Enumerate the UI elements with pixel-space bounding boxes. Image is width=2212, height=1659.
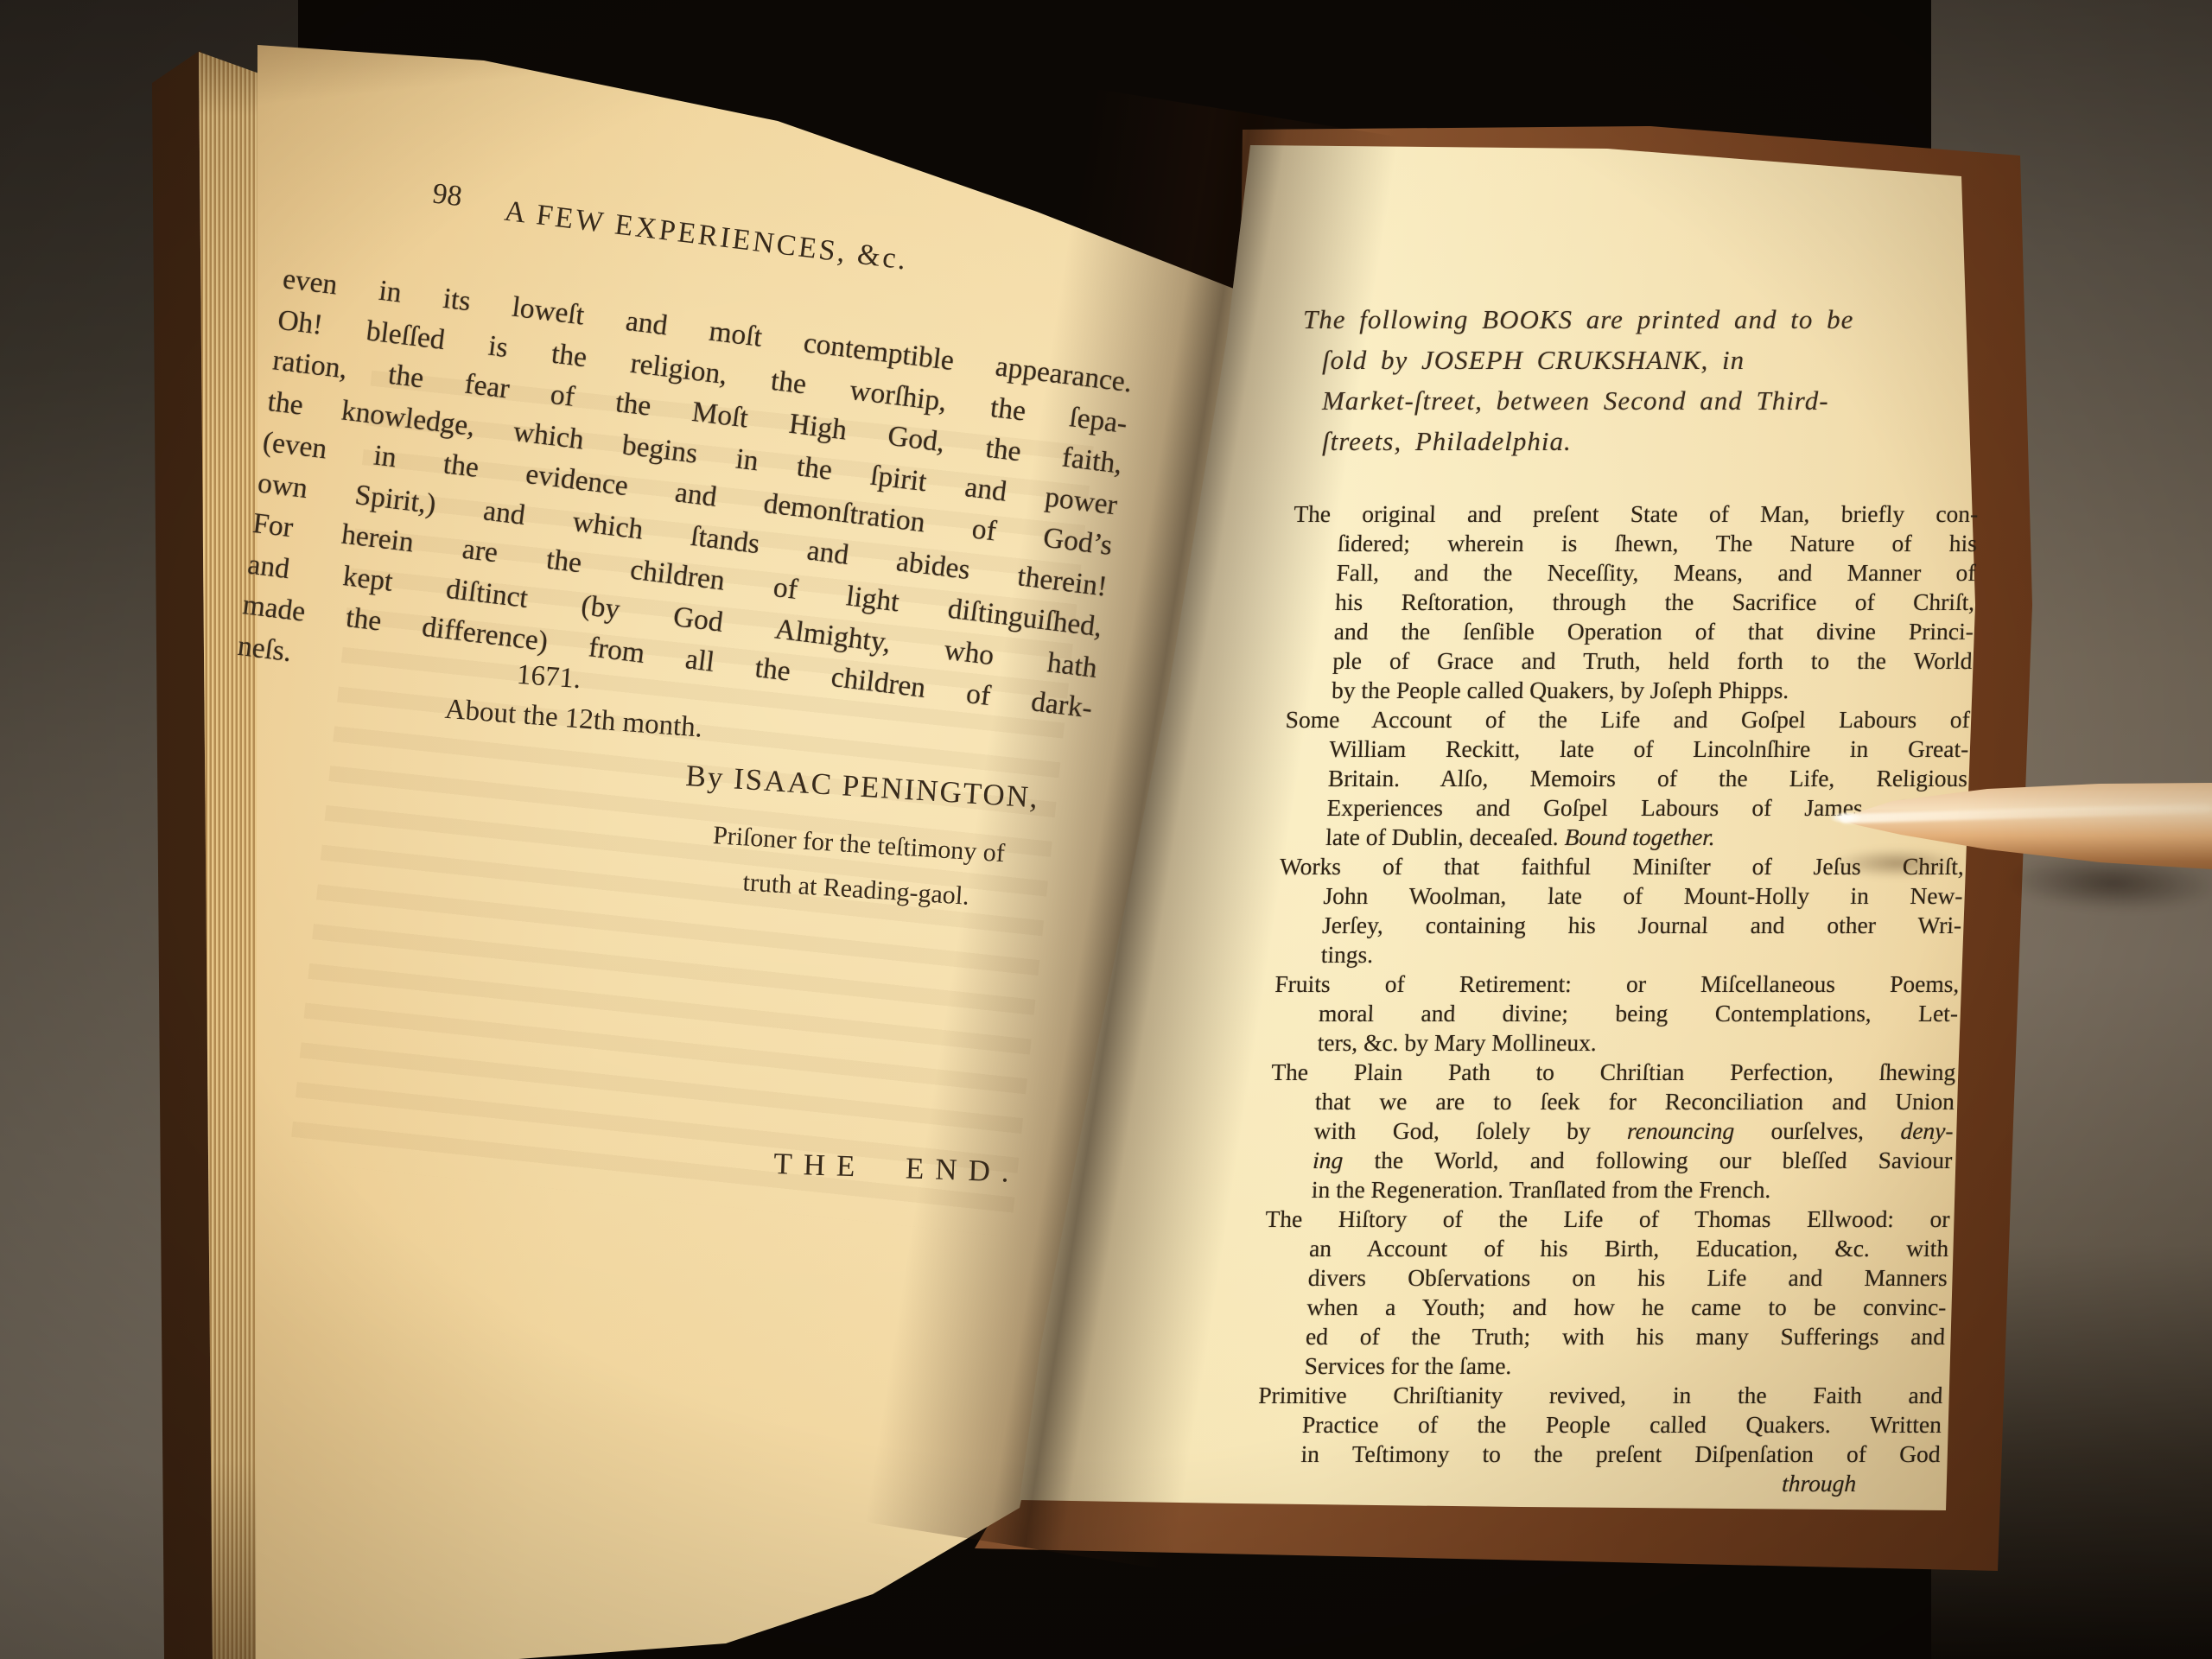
text-line: ple of Grace and Truth, held forth to th… [1287, 646, 1973, 676]
text-line: late of Dublin, deceaſed. Bound together… [1281, 823, 1966, 852]
text-line: ters, &c. by Mary Mollineux. [1272, 1028, 1957, 1058]
book-list-lines: The original and preſent State of Man, b… [1255, 499, 1979, 1469]
text-line: divers Obſervations on his Life and Mann… [1262, 1263, 1948, 1293]
text-line: Some Account of the Life and Goſpel Labo… [1285, 705, 1970, 734]
text-line: his Reſtoration, through the Sacrifice o… [1290, 588, 1975, 617]
text-line: The original and preſent State of Man, b… [1294, 499, 1979, 529]
catchword: through [1255, 1469, 1940, 1498]
text-line: ing the World, and following our bleſſed… [1268, 1146, 1953, 1175]
photo-canvas: 98 A FEW EXPERIENCES, &c. even in its lo… [0, 0, 2212, 1659]
text-line: Britain. Alſo, Memoirs of the Life, Reli… [1282, 764, 1967, 793]
text-line: Jerſey, containing his Journal and other… [1277, 911, 1962, 940]
text-line: Primitive Chriſtianity revived, in the F… [1258, 1381, 1943, 1410]
letter-opener-tip-glint [1830, 812, 1861, 823]
text-line: in the Regeneration. Tranſlated from the… [1266, 1175, 1951, 1205]
text-line: ſtreets, Philadelphia. [1303, 421, 1986, 461]
text-line: ſold by JOSEPH CRUKSHANK, in [1303, 340, 1986, 380]
text-line: in Teſtimony to the preſent Diſpenſation… [1255, 1440, 1941, 1469]
text-line: when a Youth; and how he came to be conv… [1262, 1293, 1947, 1322]
book-list: The original and preſent State of Man, b… [1255, 499, 1979, 1498]
page-number: 98 [430, 177, 463, 213]
text-line: an Account of his Birth, Education, &c. … [1263, 1234, 1948, 1263]
text-line: moral and divine; being Contemplations, … [1273, 999, 1958, 1028]
text-line: The Plain Path to Chriſtian Perfection, … [1271, 1058, 1956, 1087]
text-line: with God, ſolely by renouncing ourſelves… [1268, 1116, 1954, 1146]
text-line: The following BOOKS are printed and to b… [1303, 299, 1986, 340]
text-line: William Reckitt, late of Lincolnſhire in… [1284, 734, 1969, 764]
text-line: Fall, and the Neceſſity, Means, and Mann… [1291, 558, 1976, 588]
text-line: tings. [1275, 940, 1961, 969]
bookseller-imprint: The following BOOKS are printed and to b… [1303, 299, 1986, 461]
text-line: Market-ſtreet, between Second and Third- [1303, 380, 1986, 421]
text-line: that we are to ſeek for Reconciliation a… [1269, 1087, 1955, 1116]
text-line: and the ſenſible Operation of that divin… [1288, 617, 1974, 646]
text-line: The Hiſtory of the Life of Thomas Ellwoo… [1265, 1205, 1950, 1234]
text-line: John Woolman, late of Mount-Holly in New… [1278, 881, 1963, 911]
text-line: Practice of the People called Quakers. W… [1256, 1410, 1942, 1440]
text-line: by the People called Quakers, by Joſeph … [1286, 676, 1971, 705]
text-line: ed of the Truth; with his many Suffering… [1260, 1322, 1945, 1351]
letter-opener-page-shadow [1832, 849, 1961, 878]
text-line: Fruits of Retirement: or Miſcellaneous P… [1274, 969, 1960, 999]
text-line: ſidered; wherein is ſhewn, The Nature of… [1292, 529, 1977, 558]
text-line: Services for the ſame. [1259, 1351, 1944, 1381]
